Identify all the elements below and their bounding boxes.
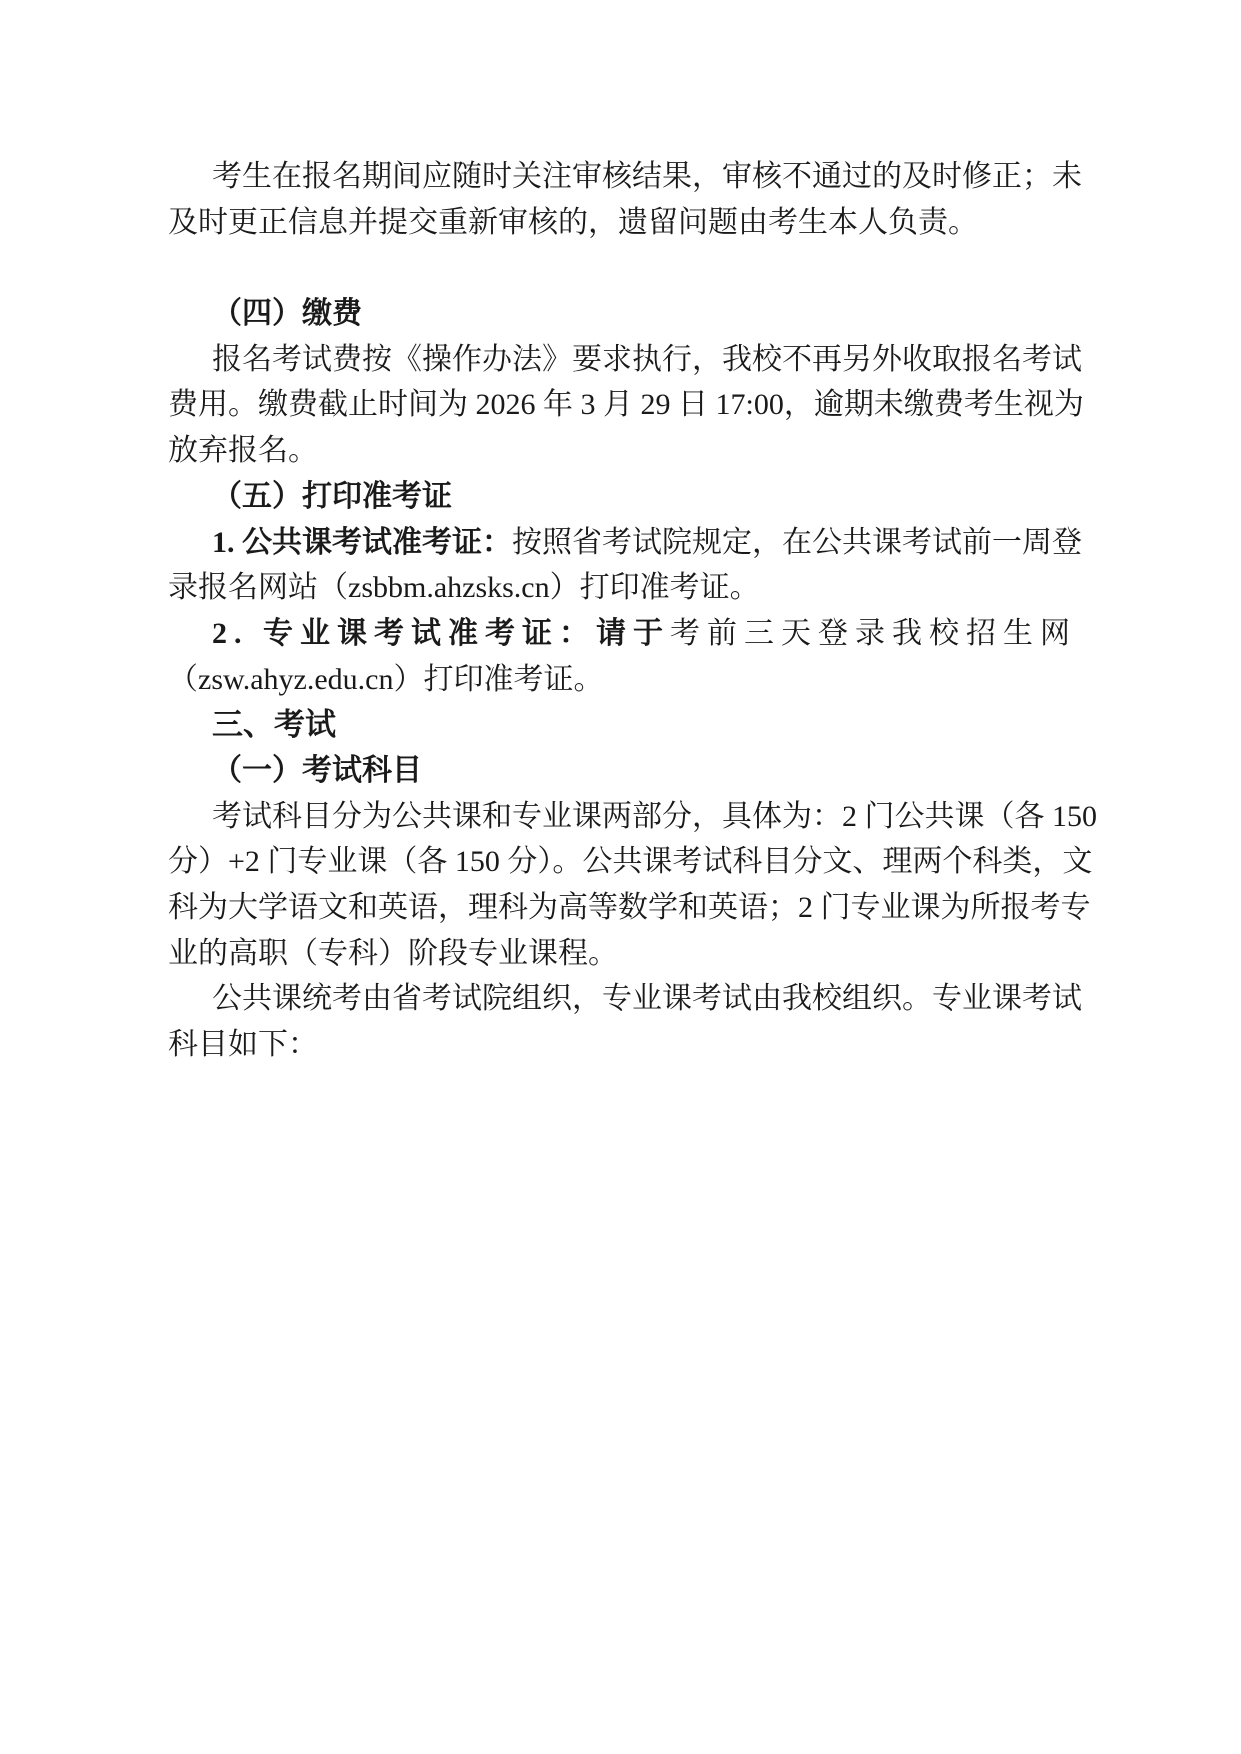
text-line: （五）打印准考证	[168, 474, 1078, 520]
text-line: 考试科目分为公共课和专业课两部分，具体为：2 门公共课（各 150	[168, 794, 1078, 840]
text-line: 科为大学语文和英语，理科为高等数学和英语；2 门专业课为所报考专	[168, 885, 1078, 931]
body-text: 科目如下：	[168, 1028, 318, 1061]
heading-text: 1. 公共课考试准考证：	[212, 526, 512, 559]
body-text: 报名考试费按《操作办法》要求执行，我校不再另外收取报名考试	[212, 343, 1082, 376]
text-line: 三、考试	[168, 702, 1078, 748]
text-line: 业的高职（专科）阶段专业课程。	[168, 931, 1078, 977]
text-line: 费用。缴费截止时间为 2026 年 3 月 29 日 17:00，逾期未缴费考生…	[168, 382, 1078, 428]
heading-text: （四）缴费	[212, 297, 362, 330]
heading-text: （五）打印准考证	[212, 480, 452, 513]
text-line: 放弃报名。	[168, 428, 1078, 474]
body-text: 费用。缴费截止时间为 2026 年 3 月 29 日 17:00，逾期未缴费考生…	[168, 388, 1084, 421]
text-line: 科目如下：	[168, 1022, 1078, 1068]
text-line: 考生在报名期间应随时关注审核结果，审核不通过的及时修正；未	[168, 154, 1078, 200]
body-text: 放弃报名。	[168, 434, 318, 467]
body-text: 分）+2 门专业课（各 150 分）。公共课考试科目分文、理两个科类，文	[168, 845, 1092, 878]
text-line: （一）考试科目	[168, 748, 1078, 794]
text-line: 录报名网站（zsbbm.ahzsks.cn）打印准考证。	[168, 565, 1078, 611]
blank-line	[168, 245, 1078, 291]
body-text: 及时更正信息并提交重新审核的，遗留问题由考生本人负责。	[168, 206, 978, 239]
body-text: 录报名网站（zsbbm.ahzsks.cn）打印准考证。	[168, 571, 760, 604]
text-line: （四）缴费	[168, 291, 1078, 337]
text-line: （zsw.ahyz.edu.cn）打印准考证。	[168, 657, 1078, 703]
document-content: 考生在报名期间应随时关注审核结果，审核不通过的及时修正；未及时更正信息并提交重新…	[168, 154, 1078, 1068]
body-text: 业的高职（专科）阶段专业课程。	[168, 937, 618, 970]
heading-text: （一）考试科目	[212, 754, 422, 787]
body-text: （zsw.ahyz.edu.cn）打印准考证。	[168, 663, 603, 696]
body-text: 科为大学语文和英语，理科为高等数学和英语；2 门专业课为所报考专	[168, 891, 1091, 924]
text-line: 报名考试费按《操作办法》要求执行，我校不再另外收取报名考试	[168, 337, 1078, 383]
text-line: 及时更正信息并提交重新审核的，遗留问题由考生本人负责。	[168, 200, 1078, 246]
document-page: 考生在报名期间应随时关注审核结果，审核不通过的及时修正；未及时更正信息并提交重新…	[0, 0, 1241, 1754]
text-line: 分）+2 门专业课（各 150 分）。公共课考试科目分文、理两个科类，文	[168, 839, 1078, 885]
text-line: 1. 公共课考试准考证：按照省考试院规定，在公共课考试前一周登	[168, 520, 1078, 566]
text-line: 2. 专业课考试准考证：请于考前三天登录我校招生网	[168, 611, 1078, 657]
body-text: 公共课统考由省考试院组织，专业课考试由我校组织。专业课考试	[212, 982, 1082, 1015]
body-text: 按照省考试院规定，在公共课考试前一周登	[512, 526, 1082, 559]
body-text: 考生在报名期间应随时关注审核结果，审核不通过的及时修正；未	[212, 160, 1082, 193]
heading-text: 三、考试	[212, 707, 336, 742]
heading-text: 2. 专业课考试准考证：请于	[212, 617, 670, 650]
body-text: 考前三天登录我校招生网	[670, 617, 1077, 650]
text-line: 公共课统考由省考试院组织，专业课考试由我校组织。专业课考试	[168, 976, 1078, 1022]
body-text: 考试科目分为公共课和专业课两部分，具体为：2 门公共课（各 150	[212, 800, 1097, 833]
